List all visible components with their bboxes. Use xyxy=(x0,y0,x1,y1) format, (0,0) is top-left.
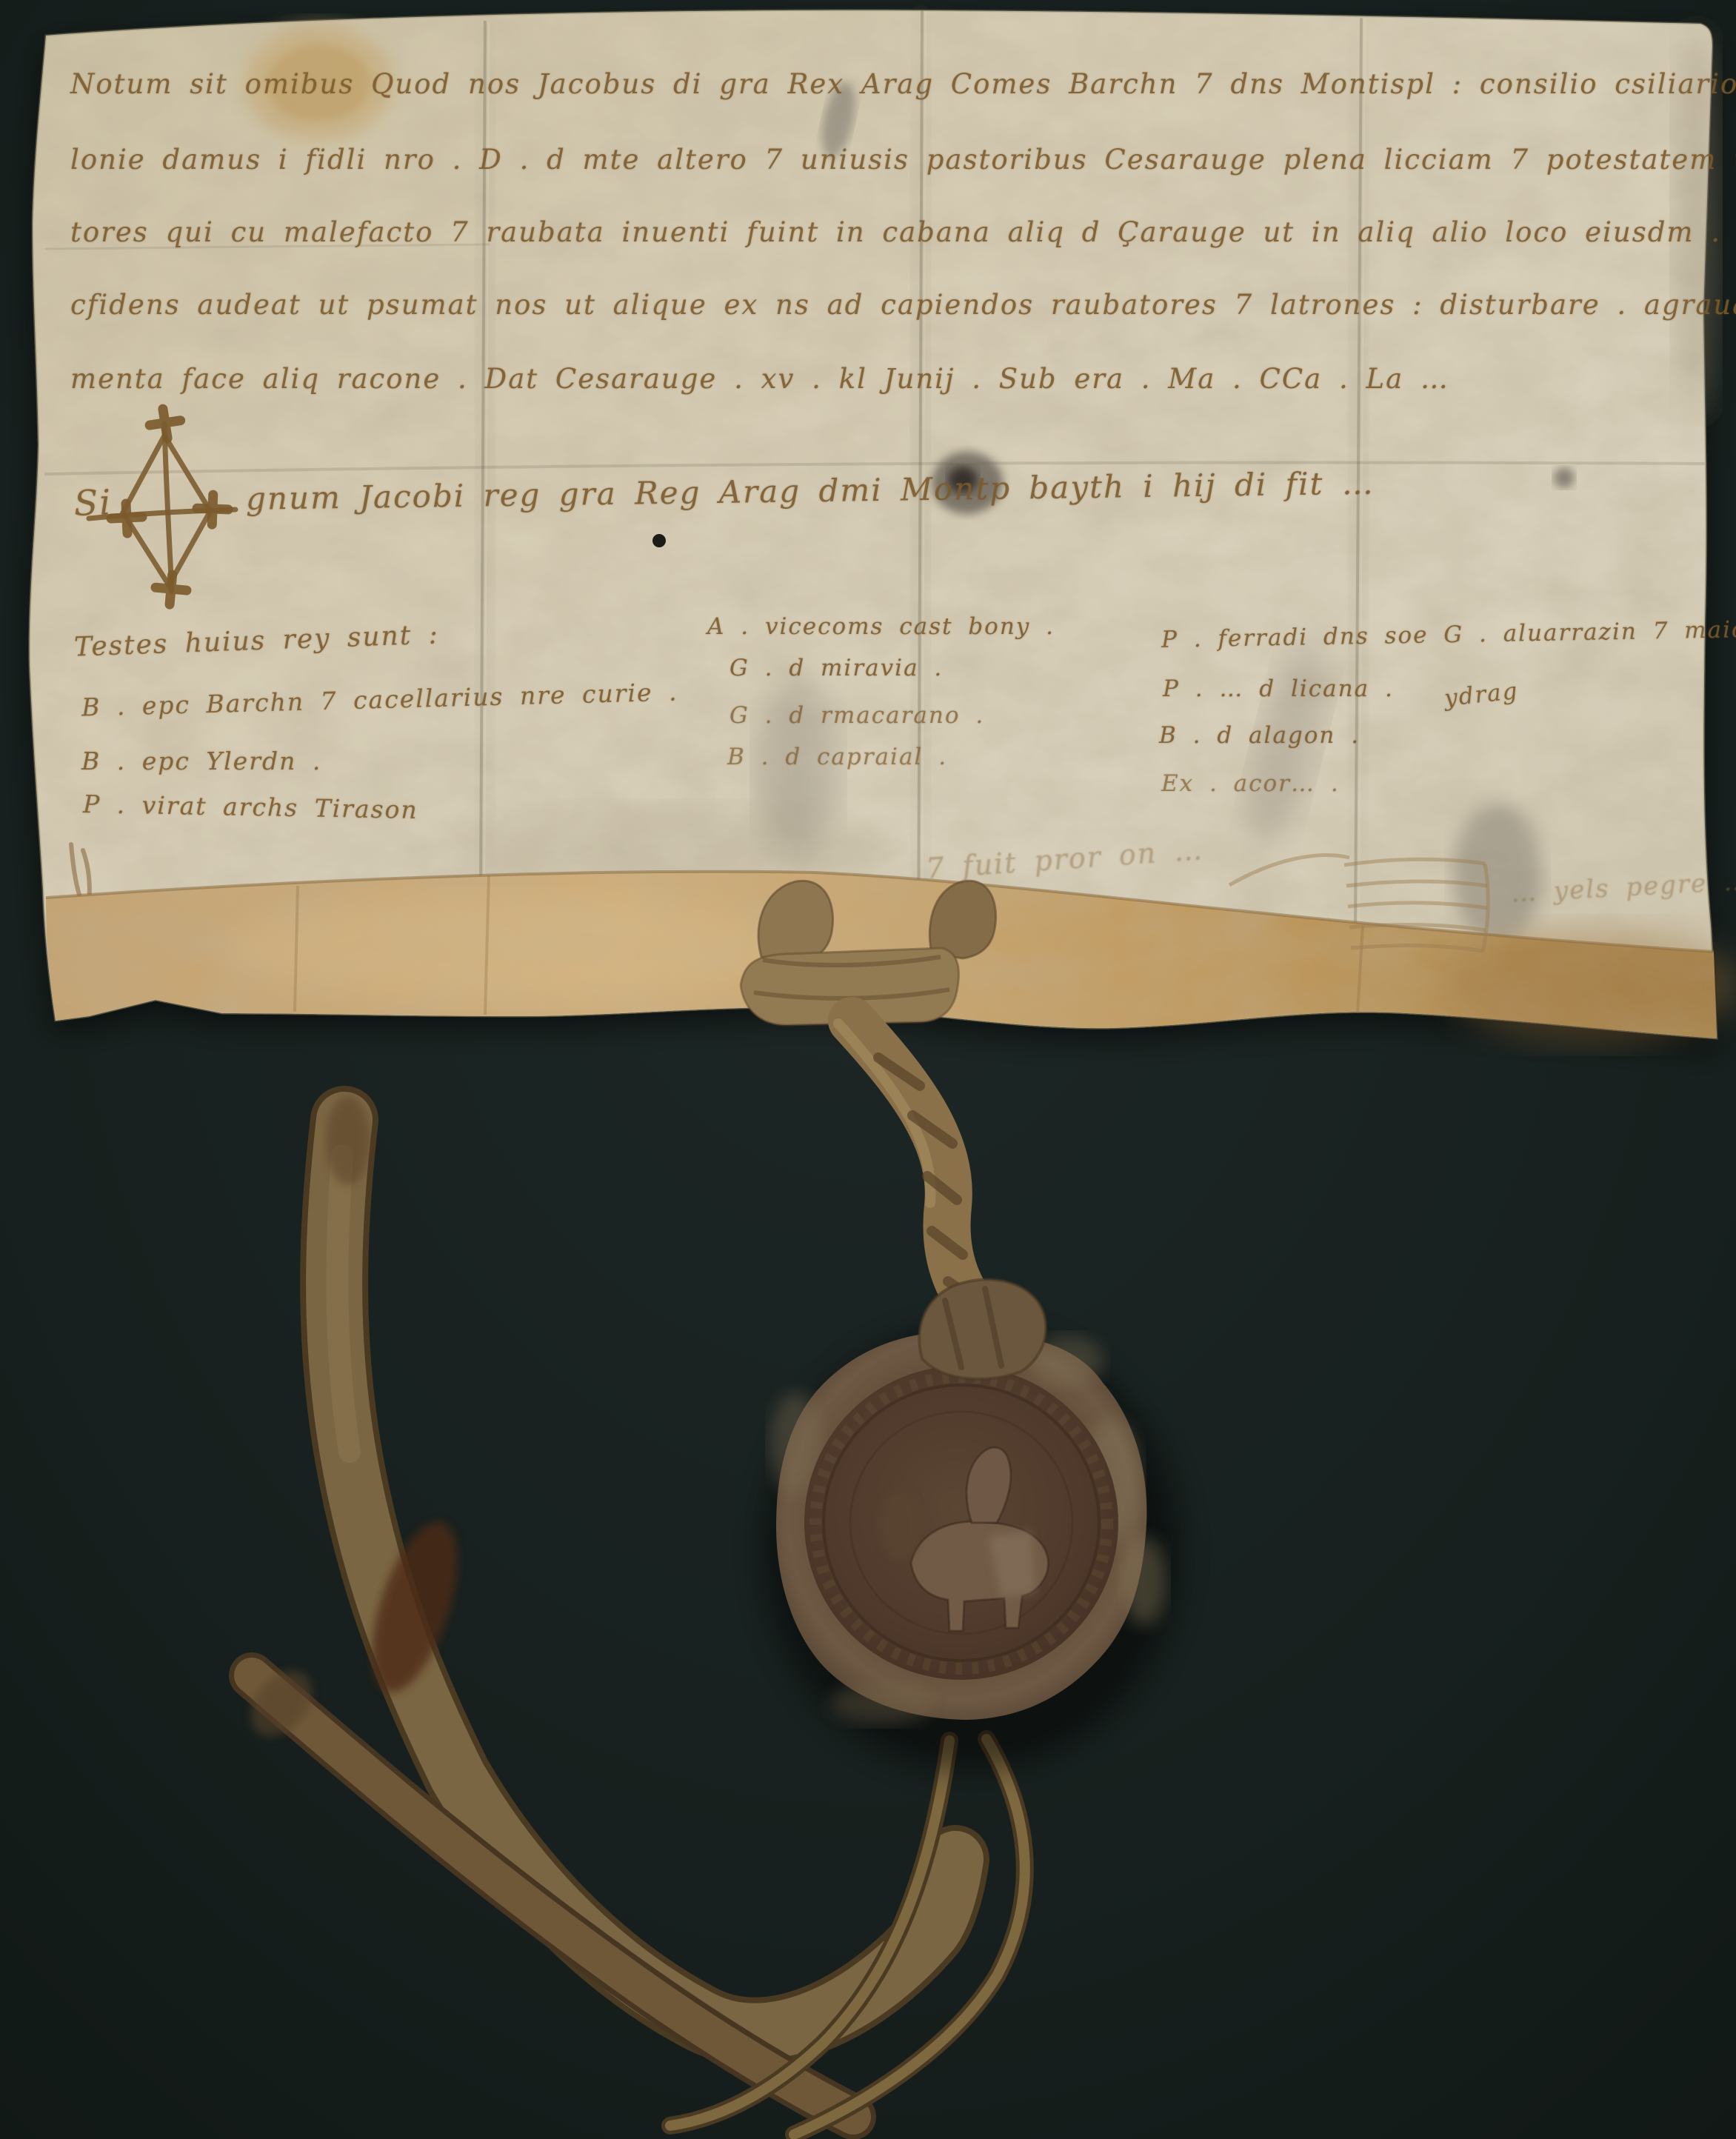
body-line-3: tores qui cu malefacto 7 raubata inuenti… xyxy=(70,216,1679,248)
witness-right-3: B . d alagon . xyxy=(1159,722,1360,749)
witness-left-2: B . epc Ylerdn . xyxy=(81,747,321,775)
witness-left-1: B . epc Barchn 7 cacellarius nre curie . xyxy=(81,677,678,721)
witness-right-4: Ex . acor… . xyxy=(1161,770,1340,797)
witness-right-brace-label: ydrag xyxy=(1443,678,1520,712)
faint-note-right: … yels pegre … xyxy=(1510,867,1736,909)
signum-line: gnum Jacobi reg gra Reg Arag dmi Montp b… xyxy=(246,467,1187,517)
witness-middle-4: B . d capraial . xyxy=(727,744,947,770)
witness-middle-2: G . d miravia . xyxy=(730,655,943,681)
signum-prefix: Si xyxy=(73,482,113,524)
witness-left-3: P . virat archs Tirason xyxy=(83,790,418,824)
witness-middle-1: A . vicecoms cast bony . xyxy=(707,613,1055,640)
body-line-2: lonie damus i fidli nro . D . d mte alte… xyxy=(70,144,1679,176)
witness-middle-3: G . d rmacarano . xyxy=(730,702,984,729)
faint-note-left: 7 fuit pror on … xyxy=(925,833,1204,885)
body-line-5: menta face aliq racone . Dat Cesarauge .… xyxy=(70,363,1092,395)
body-line-1: Notum sit omibus Quod nos Jacobus di gra… xyxy=(70,68,1679,100)
witness-right-1: P . ferradi dns soe G . aluarrazin 7 mai… xyxy=(1161,615,1736,653)
charter-photograph: Notum sit omibus Quod nos Jacobus di gra… xyxy=(0,0,1736,2139)
witness-right-2: P . … d licana . xyxy=(1163,675,1394,702)
witness-header: Testes huius rey sunt : xyxy=(73,619,439,662)
ink-text-layer: Notum sit omibus Quod nos Jacobus di gra… xyxy=(0,0,1736,2139)
body-line-4: cfidens audeat ut psumat nos ut alique e… xyxy=(70,289,1679,321)
